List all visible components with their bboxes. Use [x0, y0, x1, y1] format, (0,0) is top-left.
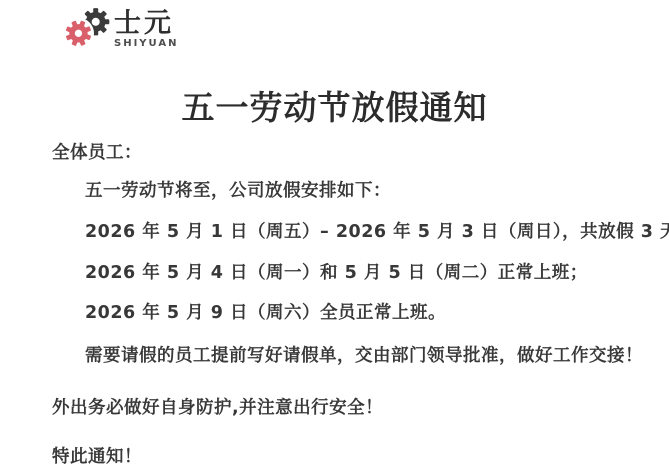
notice-title: 五一劳动节放假通知	[0, 82, 669, 129]
holiday-notice-document: 士元 SHIYUAN 五一劳动节放假通知 全体员工： 五一劳动节将至，公司放假安…	[0, 0, 669, 470]
intro-line: 五一劳动节将至，公司放假安排如下：	[85, 177, 391, 202]
company-name-cn: 士元	[114, 9, 178, 38]
leave-request-line: 需要请假的员工提前写好请假单，交由部门领导批准，做好工作交接！	[85, 342, 643, 367]
company-logo: 士元 SHIYUAN	[66, 5, 178, 52]
saturday-workday-line: 2026 年 5 月 9 日（周六）全员正常上班。	[85, 299, 446, 324]
closing-line: 特此通知！	[52, 443, 142, 468]
safety-note-line: 外出务必做好自身防护,并注意出行安全！	[52, 394, 383, 419]
gears-icon	[66, 5, 112, 52]
company-name-en: SHIYUAN	[114, 38, 178, 49]
salutation-line: 全体员工：	[52, 139, 142, 164]
company-name: 士元 SHIYUAN	[114, 9, 178, 49]
workdays-line: 2026 年 5 月 4 日（周一）和 5 月 5 日（周二）正常上班；	[85, 259, 588, 284]
holiday-dates-line: 2026 年 5 月 1 日（周五）– 2026 年 5 月 3 日（周日），共…	[85, 218, 669, 243]
